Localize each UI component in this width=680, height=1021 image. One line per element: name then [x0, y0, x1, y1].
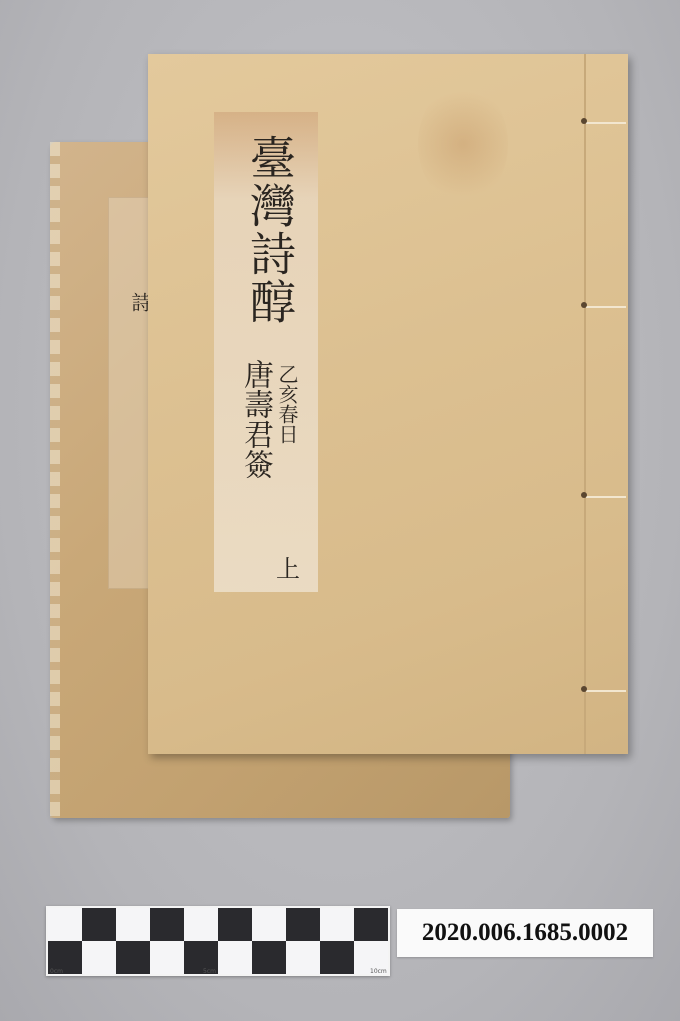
scale-cell [116, 941, 150, 974]
binding-line [584, 54, 586, 754]
binding-stitch [586, 306, 626, 308]
scale-cell [150, 941, 184, 974]
scale-label-5: 5cm [203, 968, 216, 975]
front-book: 臺灣詩醇 乙亥春日 唐壽君簽 上 [148, 54, 628, 754]
binding-stitch [586, 496, 626, 498]
scale-cell [320, 941, 354, 974]
scale-label-10: 10cm [370, 968, 387, 975]
scale-cell [48, 908, 82, 941]
color-scale-bar [46, 906, 390, 976]
back-book-page-edge [50, 142, 60, 818]
scale-cell [252, 908, 286, 941]
book-title: 臺灣詩醇 [242, 134, 298, 326]
scale-cell [218, 908, 252, 941]
binding-hole [581, 302, 587, 308]
binding-hole [581, 492, 587, 498]
binding-hole [581, 118, 587, 124]
scale-cell [116, 908, 150, 941]
scale-cell [184, 908, 218, 941]
binding-stitch [586, 122, 626, 124]
inscription-author: 唐壽君簽 [238, 359, 272, 479]
scale-cell [150, 908, 184, 941]
binding-stitch [586, 690, 626, 692]
scale-cell [286, 908, 320, 941]
cover-stain [418, 84, 508, 204]
volume-mark: 上 [276, 549, 300, 584]
scale-cell [286, 941, 320, 974]
scale-label-0: 0cm [50, 968, 63, 975]
scale-cell [82, 941, 116, 974]
scale-cell [252, 941, 286, 974]
inscription-date: 乙亥春日 [276, 364, 298, 444]
scale-cell [218, 941, 252, 974]
back-book-title-label [108, 197, 152, 589]
scale-cell [320, 908, 354, 941]
accession-number-label: 2020.006.1685.0002 [397, 909, 653, 957]
scale-cell [354, 908, 388, 941]
scale-cell [82, 908, 116, 941]
binding-hole [581, 686, 587, 692]
